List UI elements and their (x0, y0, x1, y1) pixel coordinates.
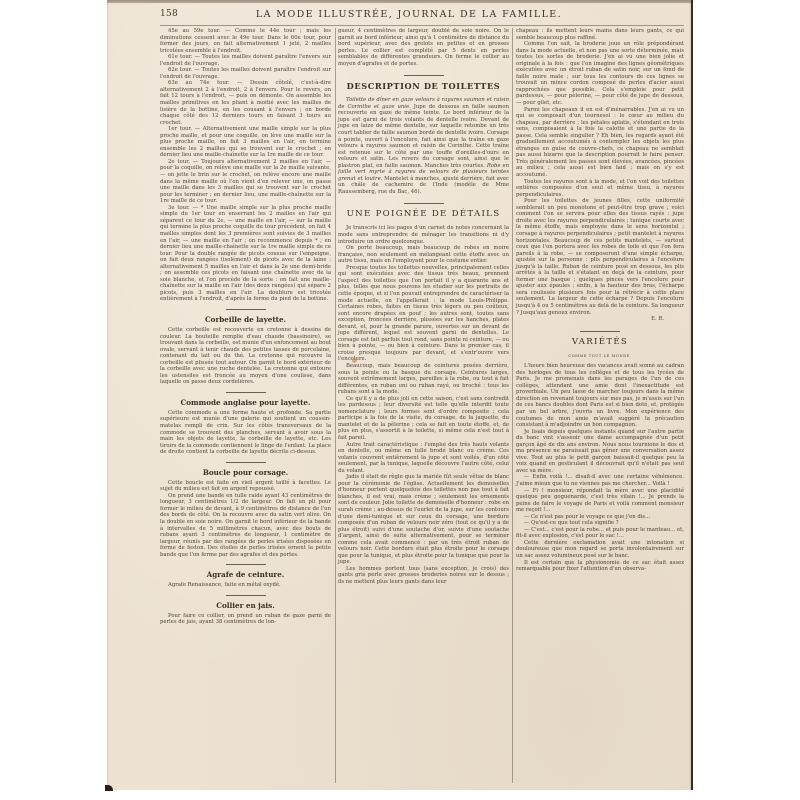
paragraph: L'heure bien heureuse des vacances avait… (516, 363, 684, 428)
section-divider (226, 392, 266, 393)
ink-stain (352, 358, 357, 363)
paragraph: 62e tour. — Toutes les mailles doivent p… (160, 67, 331, 80)
paragraph: Cette commode a une forme haute et profo… (160, 410, 331, 456)
section-title: DESCRIPTION DE TOILETTES (338, 81, 509, 91)
column-3: chapeau : ils mettent leurs mains dans l… (516, 28, 684, 573)
paragraph: Agrafe Renaissance, faite en métal oxydé… (160, 582, 331, 589)
paragraph: — C'est... c'est pour la robe... et puis… (516, 527, 684, 540)
paragraph: Ce qu'il y a de plus joli en cette saiso… (338, 396, 509, 442)
section-title: Commode anglaise pour layette. (160, 398, 331, 407)
section-corbeille: Corbeille de layette. Cette corbeille es… (160, 309, 331, 386)
paragraph: — Enfin voilà !... disait-il avec une ce… (516, 474, 684, 487)
section-title: Corbeille de layette. (160, 315, 331, 324)
paragraph: 1er tour. — Alternativement une maille s… (160, 126, 331, 159)
section-divider (580, 331, 620, 332)
text: Jupe de dessous en faille saumon recouve… (338, 104, 509, 169)
paragraph: On prend une bande en tulle raide ayant … (160, 493, 331, 558)
section-poignee-de-details: UNE POIGNÉE DE DÉTAILS Je transcris ici … (338, 203, 509, 585)
paragraph: Je lisais depuis quelques instants quand… (516, 429, 684, 475)
paragraph: Pour faire ce collier, on prend un ruban… (160, 613, 331, 626)
paragraph: Toutes les rayures sont à la mode, et l'… (516, 179, 684, 199)
paragraph: Pour les toilettes de jeunes filles, cet… (516, 198, 684, 316)
section-divider (226, 595, 266, 596)
column-1: 45e au 59e tour. — Comme le 44e tour ; m… (160, 28, 331, 626)
paragraph: 45e au 59e tour. — Comme le 44e tour ; m… (160, 28, 331, 54)
paragraph: 61e tour. — Toutes les mailles doivent p… (160, 54, 331, 67)
paragraph: 2e tour. — Toujours alternativement 2 ma… (160, 159, 331, 205)
paragraph: Presque toutes les toilettes nouvelles, … (338, 265, 509, 363)
section-title: VARIÉTÉS (516, 337, 684, 347)
section-subtitle: COMME TOUT LE MONDE. (516, 353, 684, 360)
paragraph: On porte beaucoup, mais beaucoup de robe… (338, 245, 509, 265)
paragraph: Je transcris ici les pages d'un carnet d… (338, 225, 509, 245)
paragraph: Beaucoup, mais beaucoup de ceintures pos… (338, 363, 509, 396)
paragraph: Cette dernière exclamation avait une int… (516, 540, 684, 560)
section-title: UNE POIGNÉE DE DÉTAILS (338, 209, 509, 219)
page-top-edge (107, 0, 691, 3)
section-title: Boucle pour corsage. (160, 468, 331, 477)
section-divider (226, 462, 266, 463)
section-divider (404, 203, 444, 204)
section-divider (404, 75, 444, 76)
paragraph: Les hommes portent tous (sans exception,… (338, 566, 509, 586)
column-2: gueur, 4 centimètres de largeur, doublé … (338, 28, 509, 586)
section-description-toilettes: DESCRIPTION DE TOILETTES Toilette de dîn… (338, 75, 509, 195)
paragraph: Cette corbeille est recouverte en creton… (160, 327, 331, 386)
section-commode: Commode anglaise pour layette. Cette com… (160, 392, 331, 456)
paragraph: Toilette de dîner en gaze velours à rayu… (338, 97, 509, 195)
paragraph: Il est certain que la physionomie de ce … (516, 560, 684, 573)
section-divider (226, 564, 266, 565)
section-agrafe: Agrafe de ceinture. Agrafe Renaissance, … (160, 564, 331, 589)
author-signature: E. R. (516, 316, 684, 323)
section-title: Agrafe de ceinture. (160, 570, 331, 579)
column-divider (512, 28, 513, 783)
section-varietes: VARIÉTÉS COMME TOUT LE MONDE. L'heure bi… (516, 331, 684, 573)
paragraph: Autre trait caractéristique : l'emploi d… (338, 442, 509, 475)
paragraph: 3e tour. — * Une maille simple sur la pl… (160, 205, 331, 303)
paragraph: 63e au 74e tour. — Dessin côtelé, c'est-… (160, 80, 331, 126)
paragraph: Parmi les chapeaux il en est d'inénarrab… (516, 107, 684, 179)
section-boucle: Boucle pour corsage. Cette boucle est fa… (160, 462, 331, 559)
column-divider (335, 28, 336, 783)
paragraph: Jadis il était de règle que la mariée fû… (338, 474, 509, 566)
knitting-instructions: 45e au 59e tour. — Comme le 44e tour ; m… (160, 28, 331, 303)
section-title: Collier en jais. (160, 601, 331, 610)
running-head: 158 LA MODE ILLUSTRÉE, JOURNAL DE LA FAM… (107, 9, 691, 23)
paragraph: — Fi ! monsieur, répondait la mère avec … (516, 488, 684, 514)
section-divider (226, 309, 266, 310)
paragraph: Cette boucle est faite en vieil argent t… (160, 480, 331, 493)
page-corner-damage (105, 785, 113, 791)
paragraph: chapeau : ils mettent leurs mains dans l… (516, 28, 684, 41)
newspaper-page: 158 LA MODE ILLUSTRÉE, JOURNAL DE LA FAM… (107, 0, 693, 790)
journal-title: LA MODE ILLUSTRÉE, JOURNAL DE LA FAMILLE… (107, 9, 691, 20)
paragraph: Comme l'on sait, la broderie joue un rôl… (516, 41, 684, 106)
header-rule (160, 25, 684, 26)
section-collier: Collier en jais. Pour faire ce collier, … (160, 595, 331, 626)
paragraph: gueur, 4 centimètres de largeur, doublé … (338, 28, 509, 67)
